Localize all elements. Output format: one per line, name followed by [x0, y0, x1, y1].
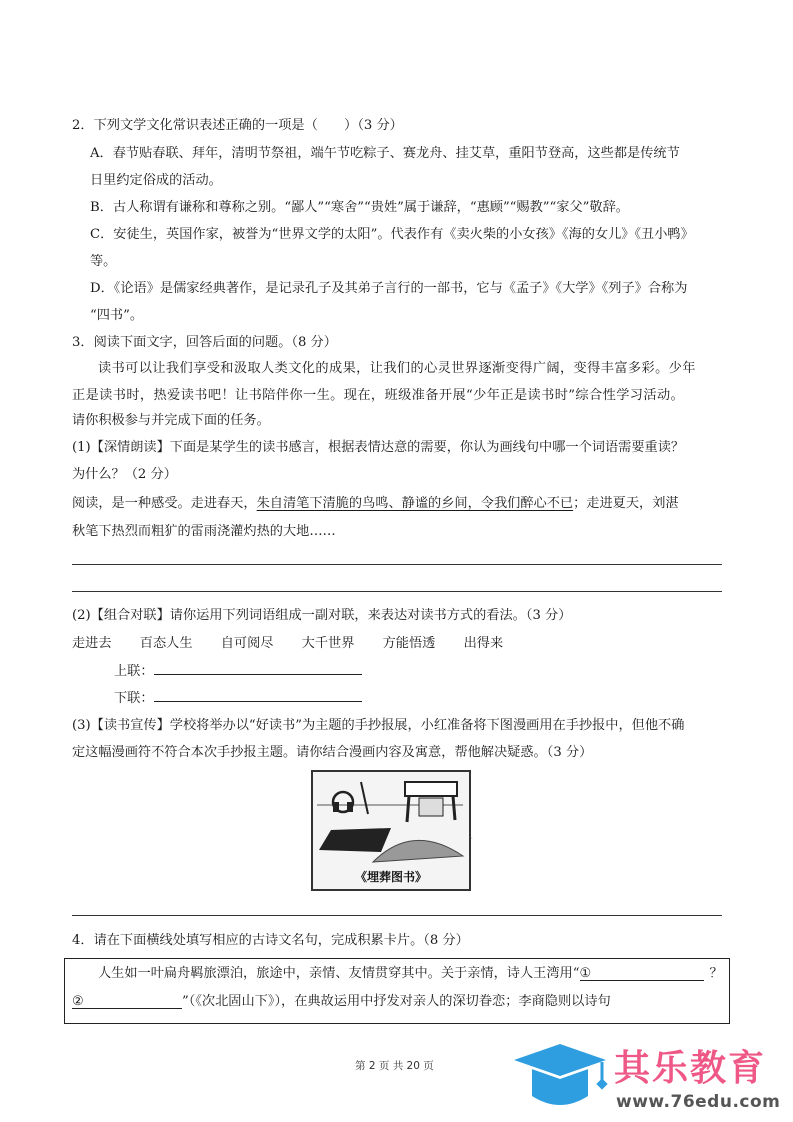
word: 大千世界 [302, 636, 355, 651]
word: 出得来 [464, 636, 504, 651]
lower-couplet-blank[interactable] [154, 687, 362, 702]
passage-line-1: 读书可以让我们享受和汲取人类文化的成果，让我们的心灵世界逐渐变得广阔，变得丰富多… [98, 357, 696, 376]
subq2-title: (2)【组合对联】请你运用下列词语组成一副对联，来表达对读书方式的看法。（3 分… [72, 604, 571, 623]
option-a-line1: A．春节贴春联、拜年，清明节祭祖，端午节吃粽子、赛龙舟、挂艾草，重阳节登高，这些… [90, 142, 680, 161]
subq3-line2: 定这幅漫画符不符合本次手抄报主题。请你结合漫画内容及寓意，帮他解决疑惑。（3 分… [72, 741, 592, 760]
answer-line-1[interactable] [72, 564, 722, 565]
question-3-title: 3．阅读下面文字，回答后面的问题。（8 分） [72, 331, 337, 350]
upper-couplet-label: 上联： [114, 664, 154, 679]
option-a-line2: 日里约定俗成的活动。 [90, 169, 222, 188]
answer-line-2[interactable] [72, 591, 722, 592]
word-list: 走进去 百态人生 自可阅尽 大千世界 方能悟透 出得来 [72, 632, 503, 651]
option-c-line1: C．安徒生，英国作家，被誉为“世界文学的太阳”。代表作有《卖火柴的小女孩》《海的… [90, 223, 694, 242]
card-line-1: 人生如一叶扁舟羁旅漂泊，旅途中，亲情、友情贯穿其中。关于亲情，诗人王湾用“①？ [98, 962, 723, 981]
comic-caption: 《埋葬图书》 [313, 868, 469, 885]
lower-couplet: 下联： [114, 687, 362, 706]
option-d-line1: D．《论语》是儒家经典著作，是记录孔子及其弟子言行的一部书，它与《孟子》《大学》… [90, 277, 687, 296]
passage-line-2: 正是读书时，热爱读书吧！让书陪伴你一生。现在，班级准备开展“少年正是读书时”综合… [72, 384, 684, 403]
word: 走进去 [72, 636, 112, 651]
option-b: B．古人称谓有谦称和尊称之别。“鄙人”“寒舍”“贵姓”属于谦辞，“惠顾”“赐教”… [90, 196, 629, 215]
stray-mark: 、 [470, 830, 478, 841]
blank-2[interactable]: ② [72, 994, 182, 1009]
answer-line-3[interactable] [72, 915, 722, 916]
upper-couplet: 上联： [114, 660, 362, 679]
underlined-sentence: 朱自清笔下清脆的鸟鸣、静谧的乡间，令我们醉心不已 [257, 496, 574, 511]
subq1-line1: (1)【深情朗读】下面是某学生的读书感言，根据表情达意的需要，你认为画线句中哪一… [72, 436, 684, 455]
task-instruction: 请你积极参与并完成下面的任务。 [72, 409, 270, 428]
watermark-url: www.76edu.com [616, 1092, 780, 1112]
card-line2-text: ”（《次北固山下》），在典故运用中抒发对亲人的深切眷恋；李商隐则以诗句 [182, 994, 611, 1009]
graduation-cap-icon [510, 1042, 610, 1114]
quote-pre: 阅读，是一种感受。走进春天， [72, 496, 257, 511]
subq3-line1: (3)【读书宣传】学校将举办以“好读书”为主题的手抄报展，小红准备将下图漫画用在… [72, 714, 684, 733]
word: 百态人生 [140, 636, 193, 651]
question-mark: ？ [710, 966, 723, 981]
page-number: 第 2 页 共 20 页 [355, 1058, 434, 1073]
comic-image: 《埋葬图书》 [311, 770, 471, 891]
quote-post: ；走进夏天，刘湛 [573, 496, 679, 511]
watermark-brand: 其乐教育 [614, 1040, 766, 1091]
subq1-line2: 为什么？（2 分） [72, 463, 177, 482]
subq1-quote-line1: 阅读，是一种感受。走进春天，朱自清笔下清脆的鸟鸣、静谧的乡间，令我们醉心不已；走… [72, 492, 679, 511]
blank-1-label: ① [580, 966, 592, 981]
card-line1-text: 人生如一叶扁舟羁旅漂泊，旅途中，亲情、友情贯穿其中。关于亲情，诗人王湾用“ [98, 966, 580, 981]
blank-2-label: ② [72, 994, 84, 1009]
question-2-title: 2．下列文学文化常识表述正确的一项是（ ）（3 分） [72, 114, 403, 133]
blank-1[interactable]: ① [580, 966, 704, 981]
subq1-quote-line2: 秋笔下热烈而粗犷的雷雨浇灌灼热的大地…… [72, 520, 336, 539]
word: 自可阅尽 [221, 636, 274, 651]
word: 方能悟透 [383, 636, 436, 651]
upper-couplet-blank[interactable] [154, 660, 362, 675]
question-4-title: 4．请在下面横线处填写相应的古诗文名句，完成积累卡片。（8 分） [72, 929, 469, 948]
lower-couplet-label: 下联： [114, 691, 154, 706]
option-d-line2: “四书”。 [90, 304, 143, 323]
card-line-2: ②”（《次北固山下》），在典故运用中抒发对亲人的深切眷恋；李商隐则以诗句 [72, 990, 611, 1009]
option-c-line2: 等。 [90, 250, 116, 269]
